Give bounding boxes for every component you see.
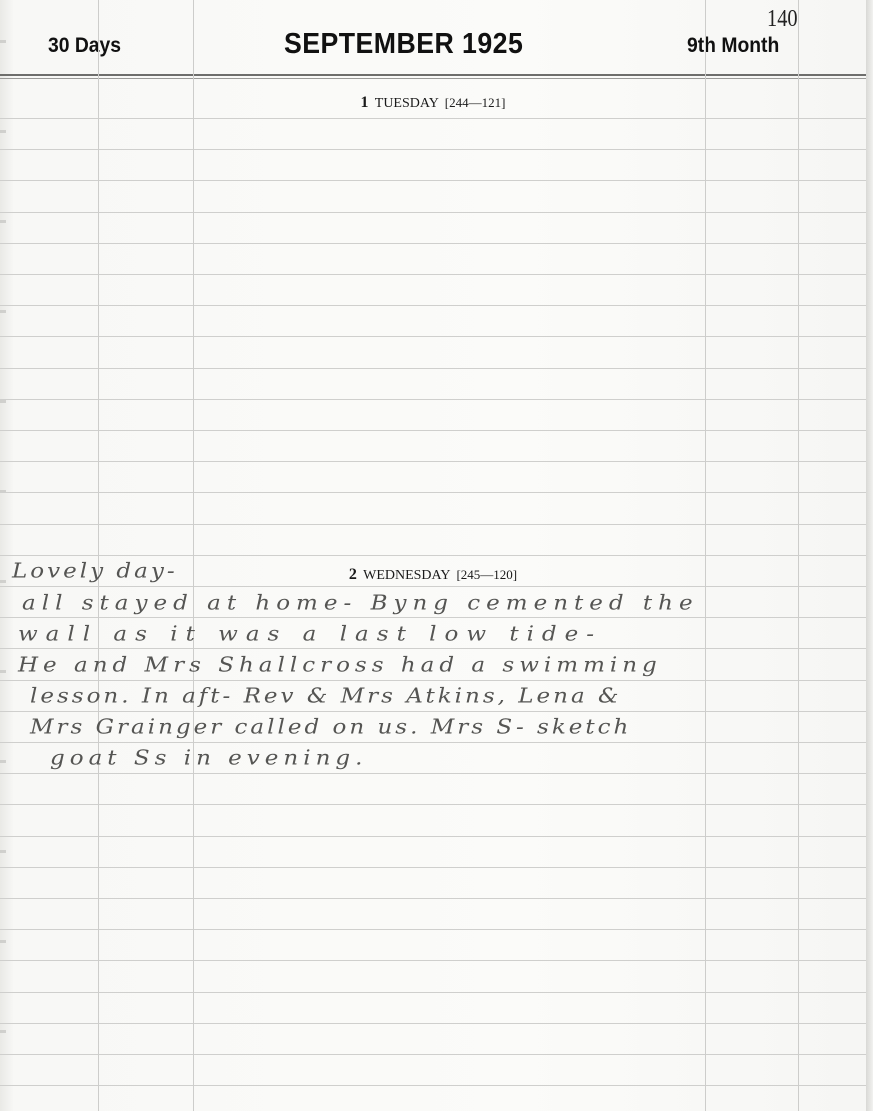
ruled-line [0,149,866,150]
handwritten-line: wall as it was a last low tide- [18,622,602,645]
ruled-line [0,212,866,213]
ruled-line [0,648,866,649]
ruled-line [0,555,866,556]
day-number: 1 [361,94,369,111]
page-number: 140 [767,6,798,33]
column-line [798,0,799,1111]
ruled-line [0,898,866,899]
weekday: TUESDAY [375,96,439,111]
column-line [193,0,194,1111]
ruled-line [0,118,866,119]
ruled-line [0,929,866,930]
day-heading-sept-1: 1 TUESDAY [244—121] [0,94,866,112]
ruled-line [0,524,866,525]
handwritten-line: lesson. In aft- Rev & Mrs Atkins, Lena & [30,684,621,707]
ruled-line [0,1085,866,1086]
ruled-line [0,274,866,275]
header-rule-secondary [0,78,866,79]
ruled-line [0,399,866,400]
ruled-line [0,492,866,493]
header-rule [0,74,866,76]
weekday: WEDNESDAY [363,568,450,583]
ruled-line [0,1054,866,1055]
page-edge [866,0,873,1111]
ruled-line [0,368,866,369]
ruled-line [0,680,866,681]
ruled-line [0,742,866,743]
day-number: 2 [349,566,357,583]
ruled-line [0,305,866,306]
page-title: SEPTEMBER 1925 [284,28,523,61]
handwritten-line: He and Mrs Shallcross had a swimming [18,653,662,676]
day-range: [244—121] [445,95,506,110]
diary-page: 140 30 Days SEPTEMBER 1925 9th Month 1 T… [0,0,866,1111]
ruled-line [0,461,866,462]
ruled-line [0,180,866,181]
ruled-line [0,711,866,712]
ruled-line [0,430,866,431]
days-in-month-label: 30 Days [48,34,121,58]
ruled-line [0,992,866,993]
ruled-line [0,586,866,587]
ruled-line [0,804,866,805]
handwritten-line: Lovely day- [12,559,178,582]
ruled-line [0,836,866,837]
ruled-line [0,867,866,868]
column-line [98,0,99,1111]
ruled-line [0,336,866,337]
ruled-line [0,960,866,961]
day-range: [245—120] [456,567,517,582]
ruled-line [0,617,866,618]
ruled-line [0,1023,866,1024]
ruled-line [0,243,866,244]
handwritten-line: all stayed at home- Byng cemented the [22,591,699,614]
column-line [705,0,706,1111]
handwritten-line: goat Ss in evening. [50,746,367,769]
ruled-line [0,773,866,774]
handwritten-line: Mrs Grainger called on us. Mrs S- sketch [30,715,631,738]
month-ordinal-label: 9th Month [687,34,779,58]
